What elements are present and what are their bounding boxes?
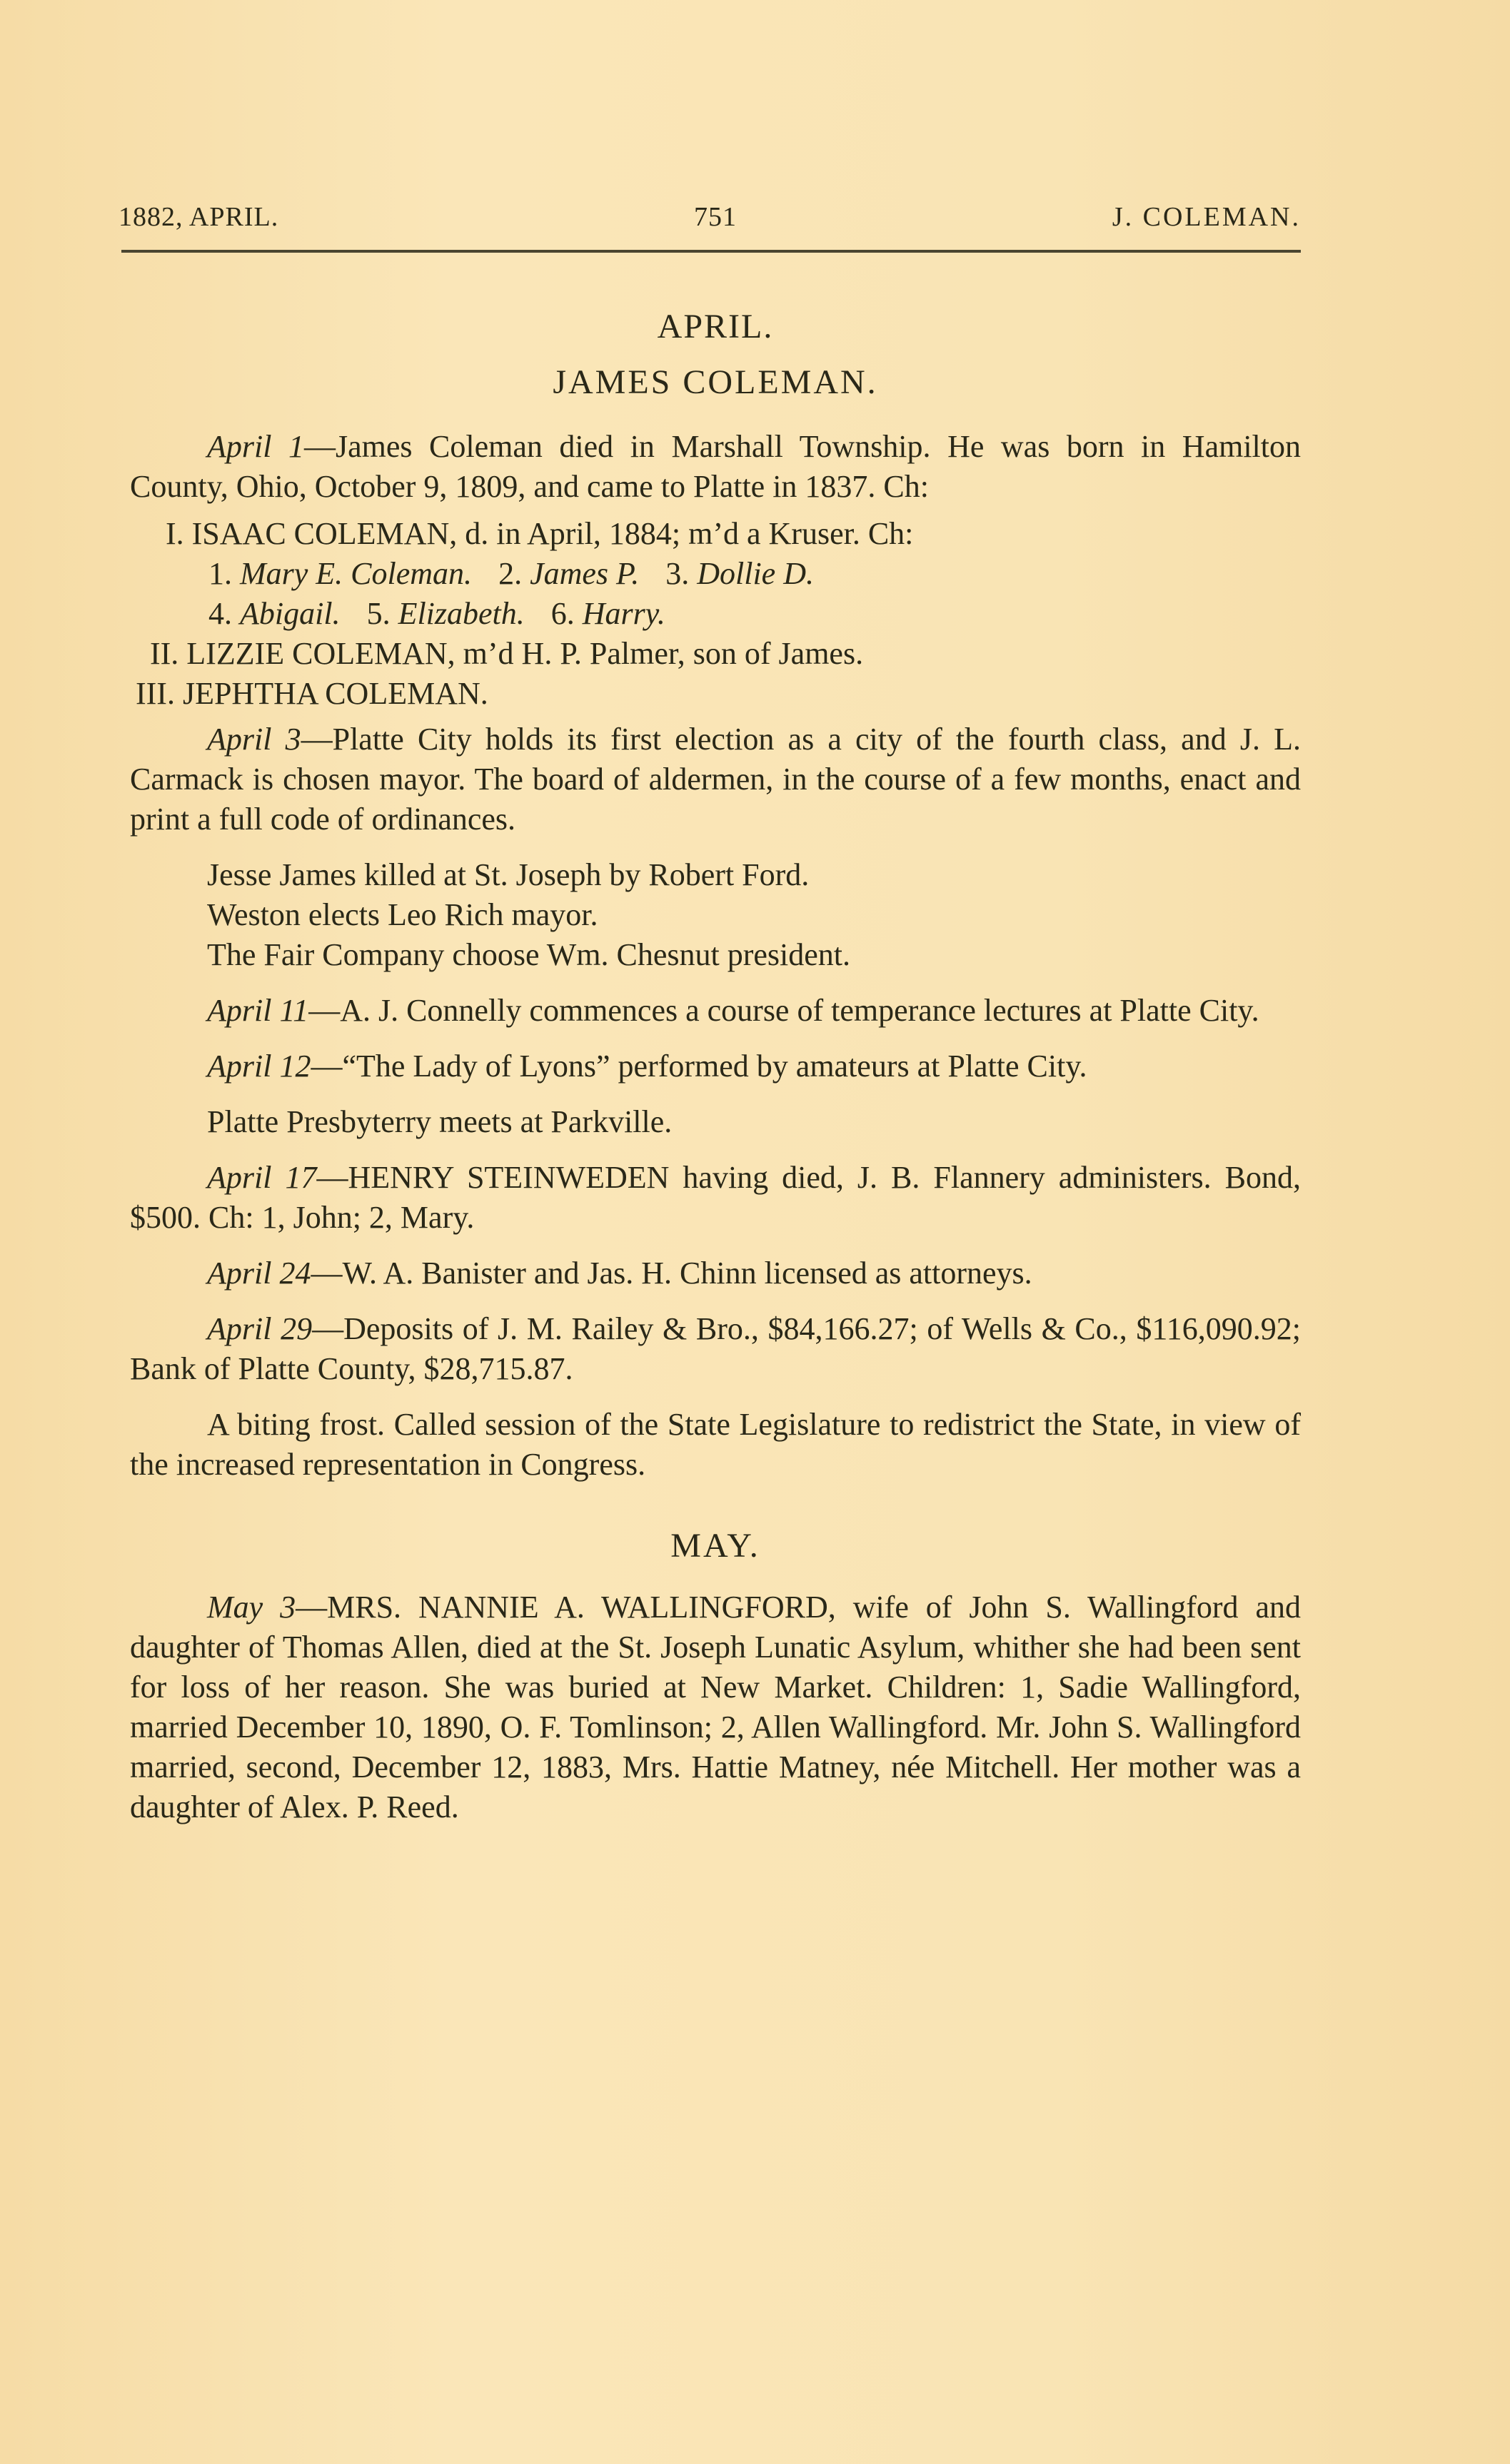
entry-date: April 11	[207, 993, 308, 1028]
entry-april-11: April 11—A. J. Connelly commences a cour…	[130, 991, 1301, 1031]
child-item: 2. James P.	[498, 556, 639, 591]
entry-weston: Weston elects Leo Rich mayor.	[130, 895, 1301, 935]
entry-april-12: April 12—“The Lady of Lyons” performed b…	[130, 1046, 1301, 1086]
child-item: 3. Dollie D.	[665, 556, 814, 591]
entry-april-24: April 24—W. A. Banister and Jas. H. Chin…	[130, 1253, 1301, 1293]
child-item: 4. Abigail.	[208, 596, 341, 631]
entry-date: May 3	[207, 1590, 296, 1625]
entry-april-17: April 17—HENRY STEINWEDEN having died, J…	[130, 1158, 1301, 1238]
month-heading-may: MAY.	[130, 1526, 1301, 1566]
entry-april-3: April 3—Platte City holds its first elec…	[130, 719, 1301, 839]
running-head: 1882, APRIL. 751 J. COLEMAN.	[130, 201, 1301, 237]
child-number: 6.	[551, 596, 575, 631]
entry-date: April 1	[207, 429, 304, 464]
entry-text: —Platte City holds its first election as…	[130, 722, 1301, 837]
entry-text: —A. J. Connelly commences a course of te…	[308, 993, 1259, 1028]
genealogy-item-jephtha: III. JEPHTHA COLEMAN.	[130, 674, 1301, 714]
entry-date: April 29	[207, 1311, 312, 1346]
child-item: 5. Elizabeth.	[367, 596, 525, 631]
entry-heading-james-coleman: JAMES COLEMAN.	[130, 363, 1301, 403]
child-item: 6. Harry.	[551, 596, 665, 631]
child-name: Harry.	[583, 596, 665, 631]
entry-date: April 24	[207, 1256, 311, 1291]
entry-date: April 12	[207, 1049, 311, 1084]
child-name: Abigail.	[240, 596, 341, 631]
entry-date: April 17	[207, 1160, 316, 1195]
entry-date: April 3	[207, 722, 301, 757]
entry-april-29: April 29—Deposits of J. M. Railey & Bro.…	[130, 1309, 1301, 1389]
child-number: 5.	[367, 596, 391, 631]
entry-may-3: May 3—MRS. NANNIE A. WALLINGFORD, wife o…	[130, 1587, 1301, 1827]
running-head-subject: J. COLEMAN.	[1112, 201, 1301, 233]
genealogy-list: I. ISAAC COLEMAN, d. in April, 1884; m’d…	[130, 514, 1301, 714]
header-rule-divider	[121, 250, 1301, 253]
entry-jesse-james: Jesse James killed at St. Joseph by Robe…	[130, 855, 1301, 895]
child-item: 1. Mary E. Coleman.	[208, 556, 472, 591]
entry-biting-frost: A biting frost. Called session of the St…	[130, 1405, 1301, 1485]
entry-presbytery: Platte Presbyterry meets at Parkville.	[130, 1102, 1301, 1142]
month-heading-april: APRIL.	[130, 307, 1301, 347]
genealogy-item-isaac: I. ISAAC COLEMAN, d. in April, 1884; m’d…	[130, 514, 1301, 554]
children-row-1: 1. Mary E. Coleman. 2. James P. 3. Dolli…	[130, 554, 1301, 594]
children-row-2: 4. Abigail. 5. Elizabeth. 6. Harry.	[130, 594, 1301, 634]
page-body: APRIL. JAMES COLEMAN. April 1—James Cole…	[130, 307, 1301, 1827]
child-number: 3.	[665, 556, 689, 591]
child-name: Dollie D.	[697, 556, 814, 591]
entry-text: —“The Lady of Lyons” performed by amateu…	[311, 1049, 1087, 1084]
entry-text: —James Coleman died in Marshall Township…	[130, 429, 1301, 504]
child-name: Mary E. Coleman.	[240, 556, 472, 591]
entry-fair-company: The Fair Company choose Wm. Chesnut pres…	[130, 935, 1301, 975]
child-number: 2.	[498, 556, 522, 591]
child-name: Elizabeth.	[398, 596, 525, 631]
child-name: James P.	[530, 556, 639, 591]
entry-text: —W. A. Banister and Jas. H. Chinn licens…	[311, 1256, 1032, 1291]
child-number: 1.	[208, 556, 232, 591]
genealogy-item-lizzie: II. LIZZIE COLEMAN, m’d H. P. Palmer, so…	[130, 634, 1301, 674]
child-number: 4.	[208, 596, 232, 631]
entry-text: —MRS. NANNIE A. WALLINGFORD, wife of Joh…	[130, 1590, 1301, 1824]
entry-april-1: April 1—James Coleman died in Marshall T…	[130, 427, 1301, 507]
